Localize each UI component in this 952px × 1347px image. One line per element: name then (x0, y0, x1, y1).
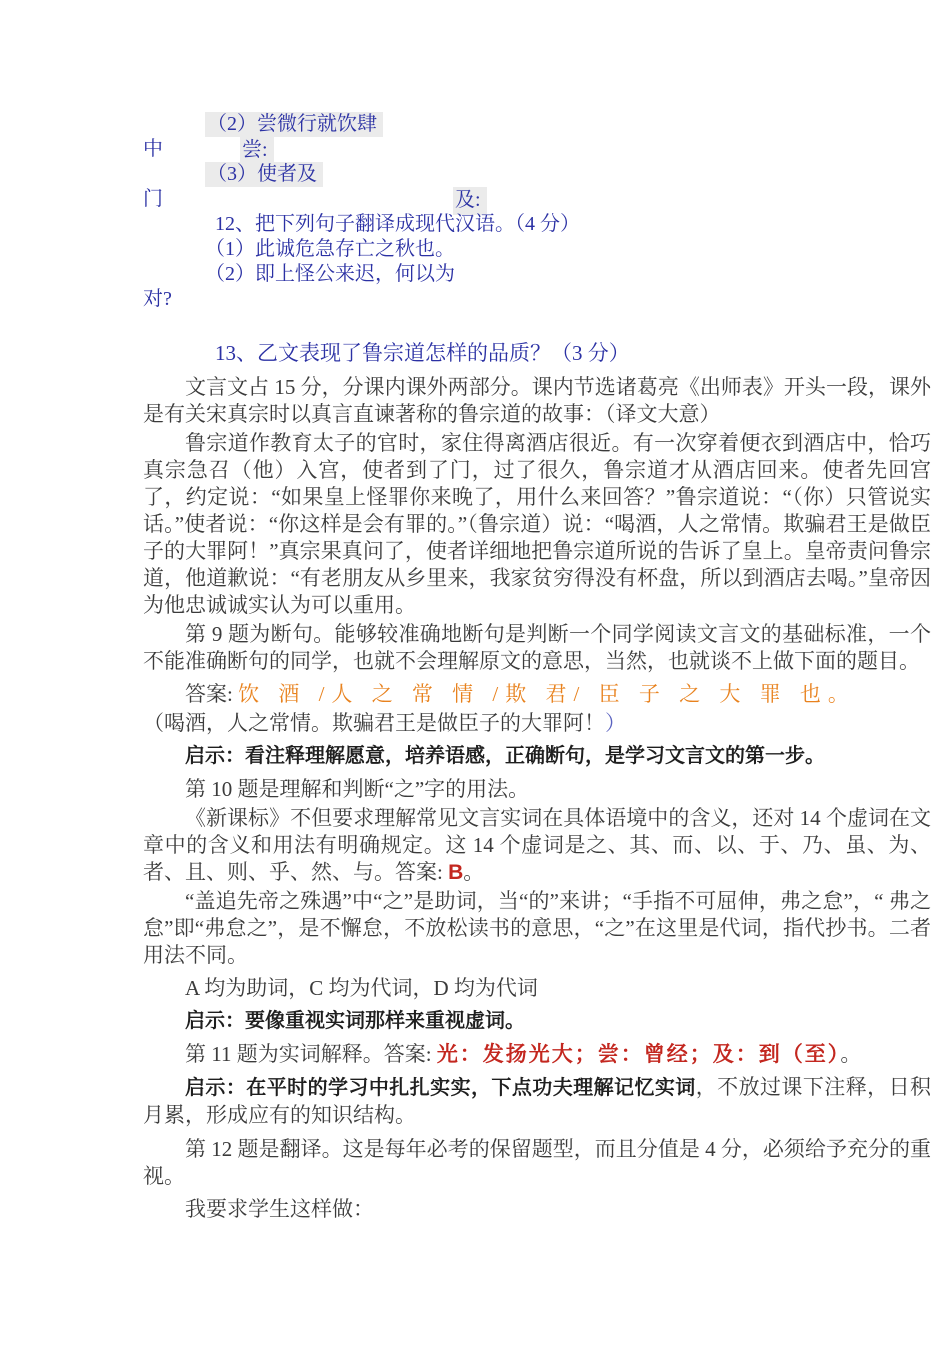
q11-comment-text: 第 11 题为实词解释。答案: (185, 1042, 437, 1066)
q9-answer-value: 饮 酒 /人 之 常 情 /欺 君/ 臣 子 之 大 罪 也。 (238, 682, 856, 706)
q9-answer-note-text: （喝酒，人之常情。欺骗君王是做臣子的大罪阿！ (143, 711, 605, 735)
question-2-line: （2）尝微行就饮肆 (143, 112, 931, 137)
paragraph-q9-answer-note: （喝酒，人之常情。欺骗君王是做臣子的大罪阿！） (143, 710, 931, 737)
paragraph-q9-answer: 答案: 饮 酒 /人 之 常 情 /欺 君/ 臣 子 之 大 罪 也。 (143, 681, 931, 708)
question-2-text: （2）尝微行就饮肆 (205, 112, 383, 137)
question-3-text: （3）使者及 (205, 162, 323, 187)
paragraph-overview: 文言文占 15 分，分课内课外两部分。课内节选诸葛亮《出师表》开头一段，课外是有… (143, 374, 931, 428)
q9-answer-note-close-paren: ） (605, 711, 626, 735)
wrap-line-men: 门及: (143, 187, 931, 212)
q9-answer-label: 答案: (185, 682, 238, 706)
paragraph-q10-standard: 《新课标》不但要求理解常见文言实词在具体语境中的含义，还对 14 个虚词在文章中… (143, 805, 931, 886)
question-12-sub1-line: （1）此诚危急存亡之秋也。 (143, 237, 931, 262)
paragraph-tip2: 启示：要像重视实词那样来重视虚词。 (143, 1008, 931, 1035)
blank-label-chang: 尝: (240, 137, 274, 165)
paragraph-closing: 我要求学生这样做： (143, 1196, 931, 1223)
blank-label-ji: 及: (453, 187, 487, 215)
question-12-line: 12、把下列句子翻译成现代汉语。（4 分） (143, 212, 931, 237)
question-3-line: （3）使者及 (143, 162, 931, 187)
paragraph-q9-comment: 第 9 题为断句。能够较准确地断句是判断一个同学阅读文言文的基础标准，一个不能准… (143, 621, 931, 675)
question-12-sub2-text: （2）即上怪公来迟，何以为 (205, 263, 455, 285)
tip3-bold-text: 启示：在平时的学习中扎扎实实，下点功夫理解记忆实词 (185, 1077, 696, 1099)
paragraph-q10-explain: “盖追先帝之殊遇”中“之”是助词，当“的”来讲；“手指不可屈伸，弗之怠”，“ 弗… (143, 888, 931, 969)
q10-answer-value: B (448, 861, 463, 884)
paragraph-translation: 鲁宗道作教育太子的官时，家住得离酒店很近。有一次穿着便衣到酒店中，恰巧真宗急召（… (143, 430, 931, 619)
question-12-text: 12、把下列句子翻译成现代汉语。（4 分） (215, 213, 580, 235)
q10-standard-period: 。 (463, 860, 484, 884)
wrap-char-men: 门 (143, 188, 163, 210)
exam-questions-block: （2）尝微行就饮肆 中尝: （3）使者及 门及: 12、把下列句子翻译成现代汉语… (143, 112, 931, 312)
paragraph-q12-comment: 第 12 题是翻译。这是每年必考的保留题型，而且分值是 4 分，必须给予充分的重… (143, 1136, 931, 1190)
wrap-char-zhong: 中 (143, 138, 163, 160)
wrap-line-dui: 对? (143, 287, 931, 312)
document-content: （2）尝微行就饮肆 中尝: （3）使者及 门及: 12、把下列句子翻译成现代汉语… (143, 112, 931, 1225)
paragraph-q11: 第 11 题为实词解释。答案: 光：发扬光大；尝：曾经；及：到（至）。 (143, 1041, 931, 1068)
q11-period: 。 (840, 1042, 861, 1066)
wrap-char-dui: 对? (143, 288, 172, 310)
question-12-sub1-text: （1）此诚危急存亡之秋也。 (205, 238, 455, 260)
q11-answer-value: 光：发扬光大；尝：曾经；及：到（至） (437, 1042, 841, 1066)
paragraph-q10-comment: 第 10 题是理解和判断“之”字的用法。 (143, 776, 931, 803)
question-13-heading: 13、乙文表现了鲁宗道怎样的品质？（3 分） (143, 340, 931, 366)
paragraph-tip3: 启示：在平时的学习中扎扎实实，下点功夫理解记忆实词，不放过课下注释，日积月累，形… (143, 1074, 931, 1130)
document-page: （2）尝微行就饮肆 中尝: （3）使者及 门及: 12、把下列句子翻译成现代汉语… (0, 0, 952, 1347)
wrap-line-zhong: 中尝: (143, 137, 931, 162)
question-12-sub2-line: （2）即上怪公来迟，何以为 (143, 262, 931, 287)
paragraph-tip1: 启示：看注释理解愿意，培养语感，正确断句，是学习文言文的第一步。 (143, 743, 931, 770)
paragraph-q10-options: A 均为助词，C 均为代词，D 均为代词 (143, 975, 931, 1002)
q10-standard-text: 《新课标》不但要求理解常见文言实词在具体语境中的含义，还对 14 个虚词在文章中… (143, 806, 931, 884)
